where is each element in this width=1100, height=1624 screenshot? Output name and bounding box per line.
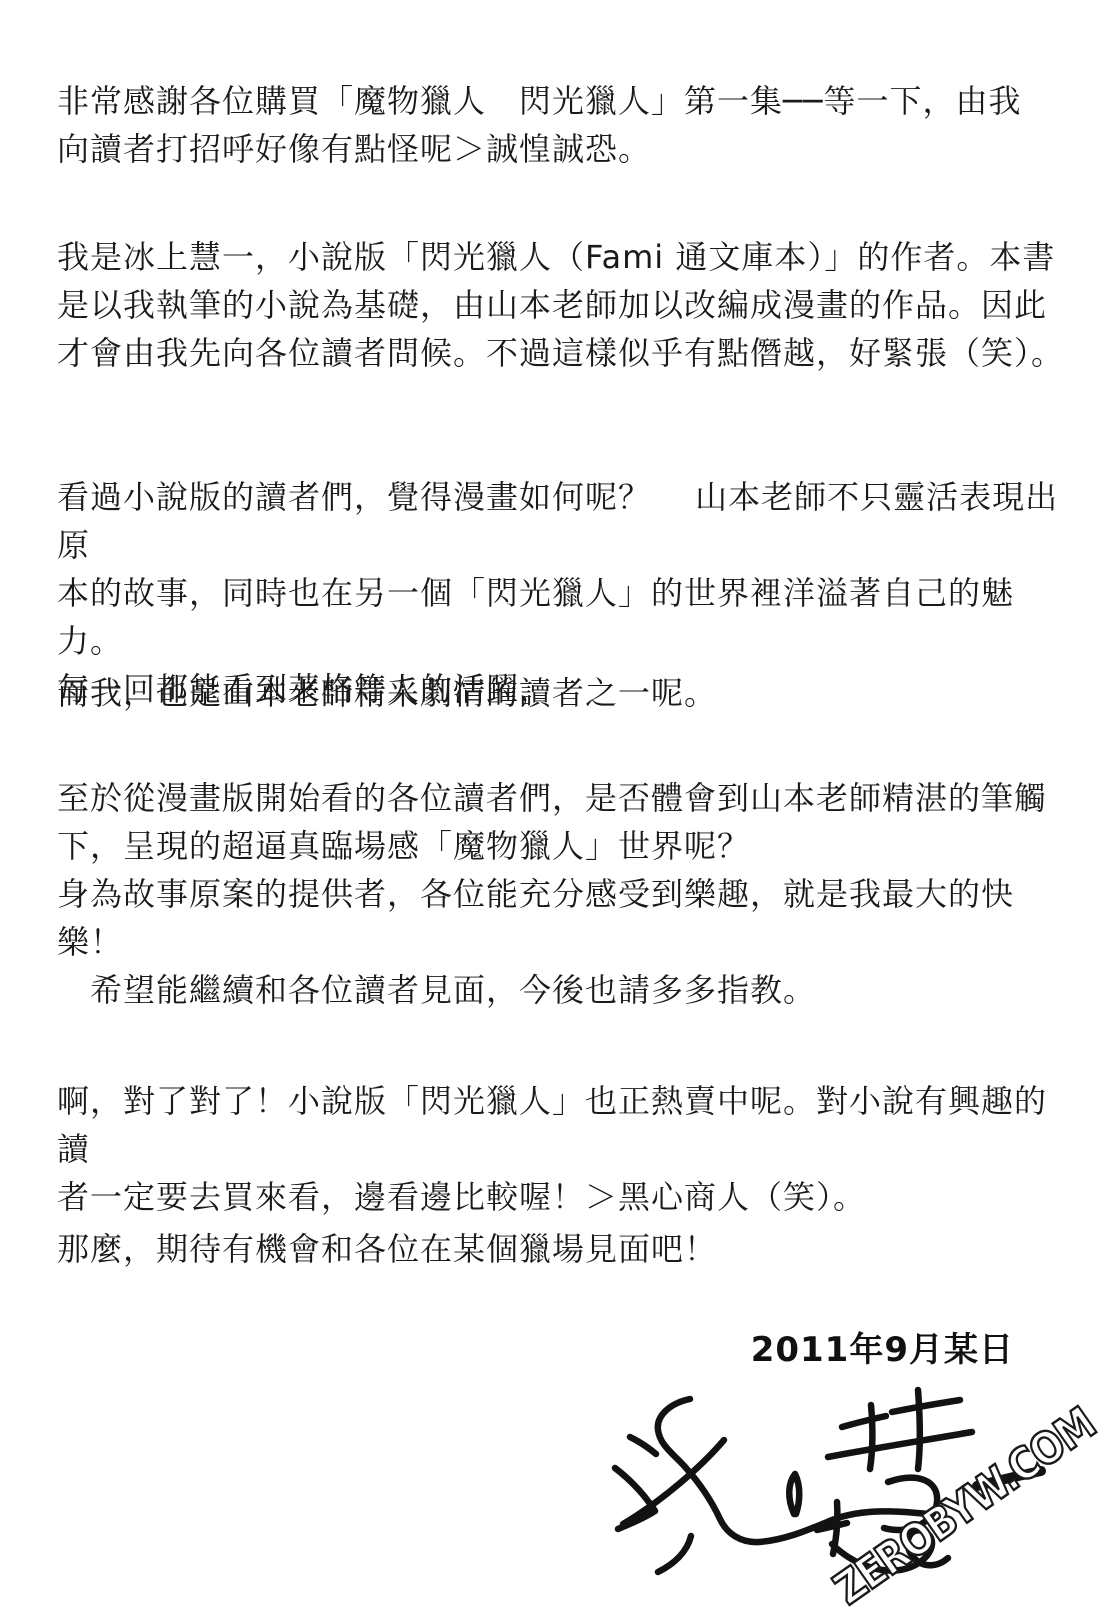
afterword-paragraph-7: 那麼，期待有機會和各位在某個獵場見面吧！ — [57, 1225, 1067, 1273]
afterword-page: 非常感謝各位購買「魔物獵人 閃光獵人」第一集──等一下，由我 向讀者打招呼好像有… — [0, 0, 1100, 1624]
afterword-paragraph-2: 我是冰上慧一，小說版「閃光獵人（Fami 通文庫本）」的作者。本書 是以我執筆的… — [57, 233, 1067, 377]
site-watermark: ZEROBYW.COM — [760, 1350, 1100, 1624]
site-watermark-text: ZEROBYW.COM — [825, 1398, 1100, 1615]
afterword-paragraph-6: 啊，對了對了！小說版「閃光獵人」也正熱賣中呢。對小說有興趣的讀 者一定要去買來看… — [57, 1077, 1067, 1221]
afterword-paragraph-1: 非常感謝各位購買「魔物獵人 閃光獵人」第一集──等一下，由我 向讀者打招呼好像有… — [57, 77, 1067, 173]
afterword-paragraph-4: 而我，也是山本老師精采劇情的讀者之一呢。 — [57, 669, 1067, 717]
afterword-paragraph-5: 至於從漫畫版開始看的各位讀者們，是否體會到山本老師精湛的筆觸 下，呈現的超逼真臨… — [57, 774, 1067, 1014]
